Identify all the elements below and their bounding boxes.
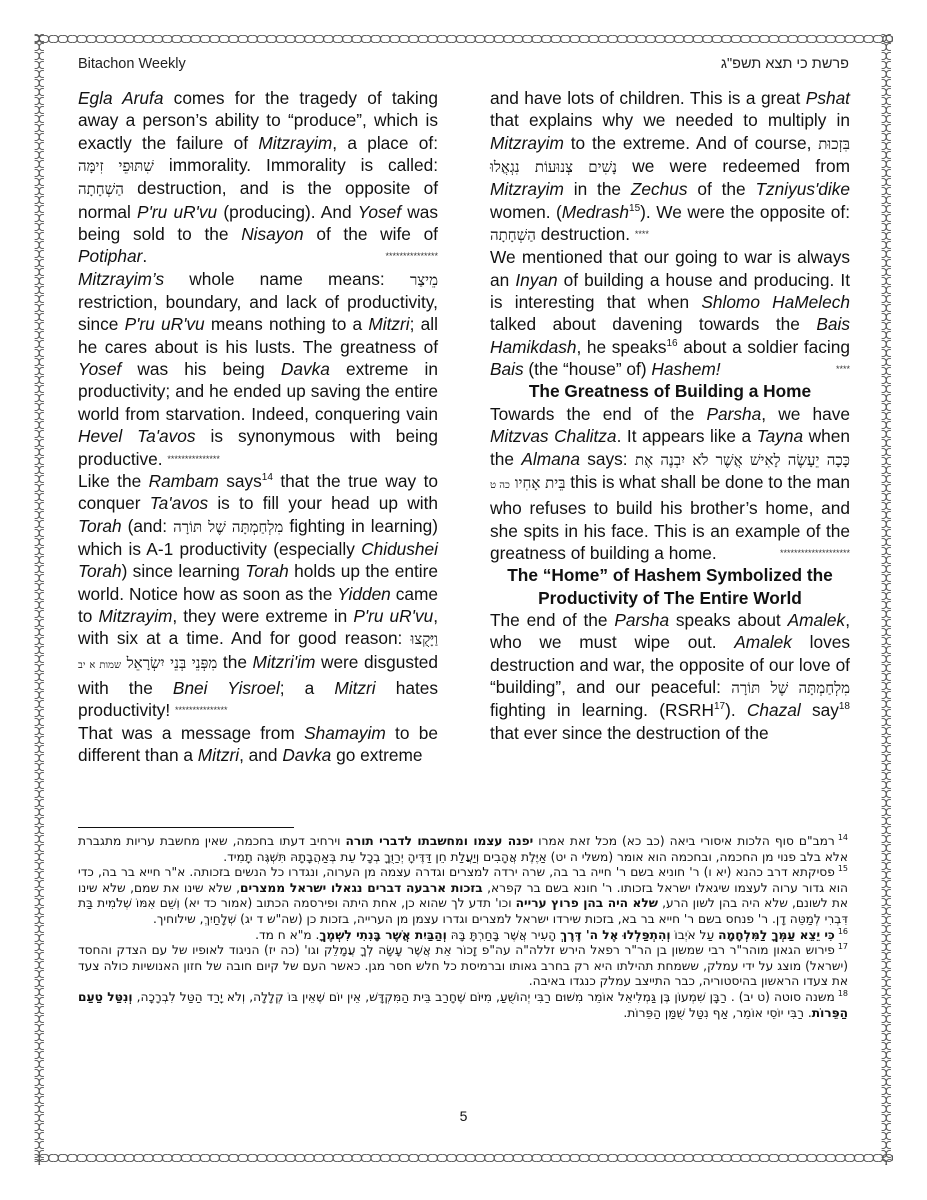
text: Torah: [78, 516, 122, 536]
text: that ever since the destruction of the: [490, 723, 769, 743]
hebrew-text: שִׁתּוּפֵי זִימָּה: [78, 157, 154, 175]
paragraph: Mitzrayim’s whole name means: מֵיצַר res…: [78, 268, 438, 470]
hebrew-source: כה ט: [490, 480, 510, 491]
text: Yidden: [337, 584, 391, 604]
paragraph: We mentioned that our going to war is al…: [490, 246, 850, 380]
footnote-ref-16[interactable]: 16: [666, 338, 677, 349]
text: of the: [688, 179, 756, 199]
text: Zechus: [631, 179, 688, 199]
section-separator-stars: ********************: [780, 542, 850, 564]
text: וְהִתְפַּלְלוּ אֶל ה' דֶּרֶךְ: [560, 928, 670, 942]
text: P'ru uR'vu: [125, 314, 205, 334]
footnote-17: 17פירוש הגאון מוהר"ר רבי שמשון בן הר"ר ר…: [78, 943, 848, 990]
text: of the wife of: [304, 224, 438, 244]
text: בזכות ארבעה דברים נגאלו ישראל ממצרים: [240, 881, 483, 895]
text: Ta'avos: [150, 493, 208, 513]
text: and have lots of children. This is a gre…: [490, 88, 806, 108]
footnote-number: 16: [838, 927, 848, 936]
footnote-ref-18[interactable]: 18: [839, 701, 850, 712]
footnotes: 14רמב"ם סוף הלכות איסורי ביאה (כב כא) מכ…: [78, 834, 848, 1021]
text: Mitzri: [198, 745, 239, 765]
border-left: ⵋⵋⵋⵋⵋⵋⵋⵋⵋⵋⵋⵋⵋⵋⵋⵋⵋⵋⵋⵋⵋⵋⵋⵋⵋⵋⵋⵋⵋⵋⵋⵋⵋⵋⵋⵋⵋⵋⵋⵋ…: [34, 34, 46, 1165]
paragraph: Egla Arufa comes for the tragedy of taki…: [78, 87, 438, 268]
text: Egla Arufa: [78, 88, 163, 108]
text: Mitzri'im: [253, 652, 316, 672]
text: says:: [580, 449, 635, 469]
text: Mitzvas Chalitza: [490, 426, 617, 446]
footnote-14: 14רמב"ם סוף הלכות איסורי ביאה (כב כא) מכ…: [78, 834, 848, 865]
border-right: ⵋⵋⵋⵋⵋⵋⵋⵋⵋⵋⵋⵋⵋⵋⵋⵋⵋⵋⵋⵋⵋⵋⵋⵋⵋⵋⵋⵋⵋⵋⵋⵋⵋⵋⵋⵋⵋⵋⵋⵋ…: [881, 34, 893, 1165]
text: Medrash: [562, 202, 629, 222]
hebrew-text: הַשְׁחָתָה: [490, 226, 536, 244]
text: (and:: [122, 516, 174, 536]
text: Mitzri: [368, 314, 409, 334]
footnote-15: 15פסיקתא דרב כהנא (יא ו) ר' חוניא בשם ר'…: [78, 865, 848, 927]
right-column: and have lots of children. This is a gre…: [490, 87, 850, 744]
text: Parsha: [614, 610, 669, 630]
section-heading: The “Home” of Hashem Symbolized the Prod…: [490, 564, 850, 609]
text: we were redeemed from: [617, 156, 850, 176]
footnote-number: 17: [838, 942, 848, 951]
text: Mitzrayim: [98, 606, 172, 626]
text: Bnei Yisroel: [173, 678, 280, 698]
text: , he speaks: [576, 337, 666, 357]
text: fighting in learning. (RSRH: [490, 700, 714, 720]
text: ). We were the opposite of:: [640, 202, 850, 222]
text: , they were extreme in: [172, 606, 353, 626]
text: Mitzrayim: [258, 133, 332, 153]
text: Tzniyus'dike: [755, 179, 850, 199]
text: רמב"ם סוף הלכות איסורי ביאה (כב כא) מכל …: [533, 834, 835, 848]
header-publication-title: Bitachon Weekly: [78, 56, 186, 72]
text: פירוש הגאון מוהר"ר רבי שמשון בן הר"ר רפא…: [78, 943, 848, 988]
section-separator-stars: ***************: [167, 454, 220, 464]
text: was his being: [121, 359, 281, 379]
text: Mitzrayim: [490, 133, 564, 153]
paragraph: and have lots of children. This is a gre…: [490, 87, 850, 246]
text: ; a: [280, 678, 335, 698]
text: Torah: [245, 561, 289, 581]
text: Shamayim: [304, 723, 386, 743]
text: , we have: [761, 404, 850, 424]
header-parsha-title: פרשת כי תצא תשפ"ג: [721, 56, 849, 72]
text: Mitzri: [334, 678, 375, 698]
text: משנה סוטה (ט יב) . רַבָּן שִׁמְעוֹן בֶּן…: [133, 990, 835, 1004]
text: (producing). And: [217, 202, 358, 222]
text: ) since learning: [122, 561, 246, 581]
footnote-number: 18: [838, 989, 848, 998]
paragraph: Towards the end of the Parsha, we have M…: [490, 403, 850, 564]
text: Davka: [281, 359, 330, 379]
border-bottom: ⵋⵋⵋⵋⵋⵋⵋⵋⵋⵋⵋⵋⵋⵋⵋⵋⵋⵋⵋⵋⵋⵋⵋⵋⵋⵋⵋⵋⵋⵋⵋⵋⵋⵋⵋⵋⵋⵋⵋⵋ…: [34, 1153, 893, 1165]
text: Rambam: [149, 471, 219, 491]
text: Potiphar: [78, 246, 142, 266]
text: Shlomo HaMelech: [701, 292, 850, 312]
footnote-18: 18משנה סוטה (ט יב) . רַבָּן שִׁמְעוֹן בֶ…: [78, 990, 848, 1021]
text: to the extreme. And of course,: [564, 133, 818, 153]
text: , and: [239, 745, 282, 765]
text: the: [217, 652, 252, 672]
text: שלא היה בהן פרוץ ערייה: [516, 896, 658, 910]
text: about a soldier facing: [678, 337, 850, 357]
text: in the: [564, 179, 631, 199]
text: Chazal: [747, 700, 801, 720]
text: Almana: [521, 449, 580, 469]
text: . רַבִּי יוֹסֵי אוֹמֵר, אַף נִטַּל שֻׁמַ…: [623, 1006, 811, 1020]
footnote-ref-15[interactable]: 15: [629, 203, 640, 214]
page-number: 5: [0, 1108, 927, 1124]
text: יפנה עצמו ומחשבתו לדברי תורה: [346, 834, 534, 848]
text: Pshat: [806, 88, 850, 108]
text: P'ru uR'vu: [137, 202, 217, 222]
text: Amalek: [734, 632, 792, 652]
text: (the “house” of): [524, 359, 652, 379]
text: say: [801, 700, 839, 720]
text: Amalek: [788, 610, 846, 630]
text: Hashem!: [651, 359, 720, 379]
footnote-number: 14: [838, 833, 848, 842]
text: Bais: [490, 359, 524, 379]
footnote-number: 15: [838, 864, 848, 873]
text: The end of the: [490, 610, 614, 630]
text: Mitzrayim’s: [78, 269, 164, 289]
paragraph: The end of the Parsha speaks about Amale…: [490, 609, 850, 744]
text: Yosef: [358, 202, 401, 222]
text: means nothing to a: [205, 314, 369, 334]
section-heading: The Greatness of Building a Home: [490, 380, 850, 402]
text: עַל אֹיְבוֹ: [671, 928, 719, 942]
text: .: [142, 246, 147, 266]
text: Davka: [282, 745, 331, 765]
text: הָעִיר אֲשֶׁר בָּחַרְתָּ בָּהּ: [447, 928, 560, 942]
text: women. (: [490, 202, 562, 222]
text: Like the: [78, 471, 149, 491]
text: speaks about: [669, 610, 787, 630]
text: immorality. Immorality is called:: [154, 155, 438, 175]
text: Parsha: [707, 404, 762, 424]
text: ).: [725, 700, 747, 720]
text: Towards the end of the: [490, 404, 707, 424]
paragraph: Like the Rambam says14 that the true way…: [78, 470, 438, 722]
footnote-16: 16כִּי יֵצֵא עַמְּךָ לַמִּלְחָמָה עַל אֹ…: [78, 928, 848, 944]
text: , a place of:: [332, 133, 438, 153]
text: talked about davening towards the: [490, 314, 816, 334]
footnote-separator: [78, 827, 294, 828]
section-separator-stars: ****: [635, 229, 649, 239]
text: That was a message from: [78, 723, 304, 743]
hebrew-text: הַשְׁחָתָה: [78, 180, 124, 198]
text: go extreme: [331, 745, 422, 765]
footnote-ref-17[interactable]: 17: [714, 701, 725, 712]
text: P'ru uR'vu: [353, 606, 433, 626]
border-top: ⵋⵋⵋⵋⵋⵋⵋⵋⵋⵋⵋⵋⵋⵋⵋⵋⵋⵋⵋⵋⵋⵋⵋⵋⵋⵋⵋⵋⵋⵋⵋⵋⵋⵋⵋⵋⵋⵋⵋⵋ…: [34, 34, 893, 46]
hebrew-source: שמות א יב: [78, 660, 121, 671]
footnote-ref-14[interactable]: 14: [262, 472, 273, 483]
text: Hevel Ta'avos: [78, 426, 196, 446]
section-separator-stars: ***************: [175, 705, 228, 715]
text: whole name means:: [164, 269, 410, 289]
text: Nisayon: [241, 224, 303, 244]
text: that explains why we needed to multiply …: [490, 110, 850, 130]
text: Inyan: [515, 270, 557, 290]
left-column: Egla Arufa comes for the tragedy of taki…: [78, 87, 438, 766]
text: Mitzrayim: [490, 179, 564, 199]
text: Tayna: [757, 426, 803, 446]
text: כִּי יֵצֵא עַמְּךָ לַמִּלְחָמָה: [718, 928, 835, 942]
text: . מ"א ח מד.: [255, 928, 319, 942]
text: Yosef: [78, 359, 121, 379]
text: וְהַבַּיִת אֲשֶׁר בָּנִתִי לִשְׁמֶךָ: [319, 928, 446, 942]
hebrew-text: מִלְחַמְתָּה שֶׁל תּוֹרָה: [173, 518, 283, 536]
section-separator-stars: ***************: [385, 245, 438, 267]
text: destruction.: [536, 224, 635, 244]
hebrew-text: מֵיצַר: [410, 271, 438, 289]
hebrew-text: מִלְחַמְתָּה שֶׁל תּוֹרָה: [731, 679, 850, 697]
section-separator-stars: ****: [836, 358, 850, 380]
text: says: [219, 471, 262, 491]
text: is to fill your head up with: [208, 493, 438, 513]
paragraph: That was a message from Shamayim to be d…: [78, 722, 438, 767]
text: . It appears like a: [617, 426, 757, 446]
